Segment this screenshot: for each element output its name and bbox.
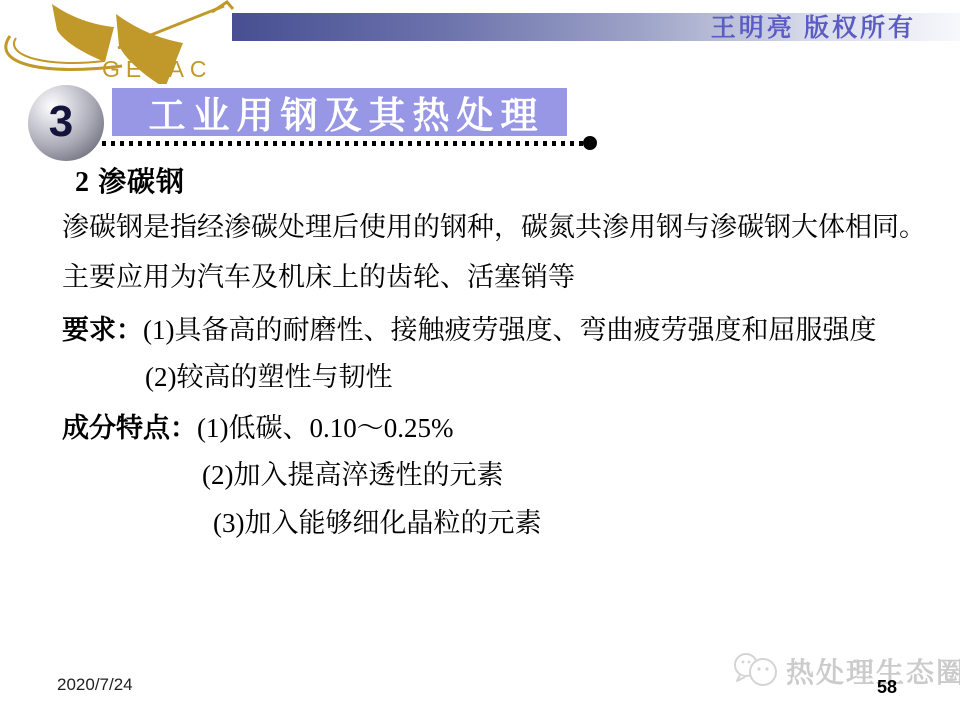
copyright-text: 王明亮 版权所有 (711, 8, 916, 44)
body-line: 要求：(1)具备高的耐磨性、接触疲劳强度、弯曲疲劳强度和屈服强度 (62, 314, 876, 346)
section-number-ball: 3 (28, 85, 104, 161)
body-line: 渗碳钢是指经渗碳处理后使用的钢种，碳氮共渗用钢与渗碳钢大体相同。 (62, 211, 926, 243)
composition-label: 成分特点： (62, 413, 197, 443)
gesac-logo-icon: GESAC (0, 0, 238, 84)
section-number: 3 (49, 97, 73, 147)
body-line: (3)加入能够细化晶粒的元素 (213, 507, 541, 539)
body-line: (2)较高的塑性与韧性 (145, 361, 392, 393)
body-line: (2)加入提高淬透性的元素 (202, 459, 503, 491)
body-line: 主要应用为汽车及机床上的齿轮、活塞销等 (62, 261, 575, 293)
slide-title: 工业用钢及其热处理 (135, 85, 545, 139)
watermark: 热处理生态圈 (732, 650, 960, 692)
logo-wordmark: GESAC (102, 56, 213, 82)
requirements-label: 要求： (62, 315, 143, 345)
dotted-divider (102, 141, 584, 146)
page-number: 58 (877, 677, 897, 698)
watermark-chat-icon (732, 650, 782, 692)
subsection-heading: 2 渗碳钢 (75, 160, 185, 200)
watermark-text: 热处理生态圈 (786, 651, 960, 691)
body-line: 成分特点：(1)低碳、0.10～0.25% (62, 412, 453, 444)
slide: GESAC 王明亮 版权所有 3 工业用钢及其热处理 2 渗碳钢 渗碳钢是指经渗… (0, 0, 960, 720)
title-bar: 工业用钢及其热处理 (112, 88, 567, 136)
divider-end-dot (583, 136, 597, 150)
slide-date: 2020/7/24 (57, 675, 133, 695)
